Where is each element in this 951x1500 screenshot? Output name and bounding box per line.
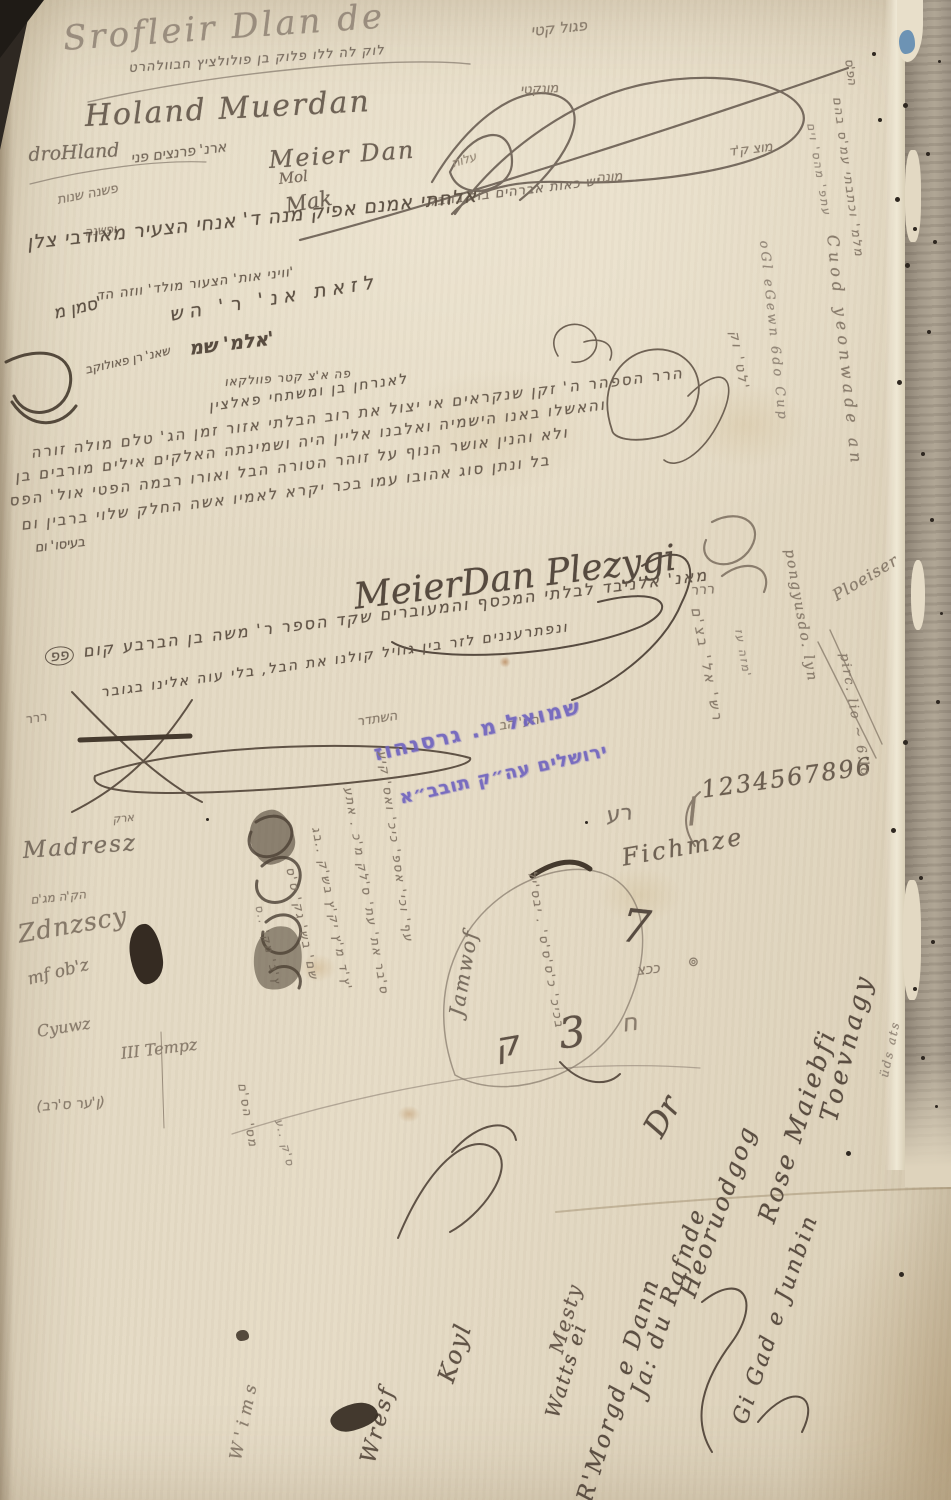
ink-layer: Srofleir Dlan deלוק לה ללו פלוק בן פולול…	[0, 0, 951, 1500]
inscription: ררר	[24, 711, 48, 727]
holand-muerdan-signature: Holand Muerdan	[84, 87, 371, 132]
ink-blot	[126, 922, 166, 986]
inscription: רש' אל' בצ'ם	[688, 606, 724, 724]
inscription: פשנה שנות	[56, 182, 119, 207]
meier-dan-signature: Meier Dan	[268, 138, 416, 172]
wormhole-dot	[936, 700, 940, 704]
wormhole-dot	[846, 1151, 851, 1156]
wormhole-dot	[930, 518, 934, 522]
manuscript-scan: Srofleir Dlan deלוק לה ללו פלוק בן פולול…	[0, 0, 951, 1500]
inscription: oGl eGewn 6do Cup	[757, 240, 789, 422]
wormhole-dot	[895, 197, 900, 202]
blue-fleck	[899, 30, 915, 54]
wormhole-dot	[913, 987, 917, 991]
wormhole-dot	[903, 740, 908, 745]
wormhole-dot	[897, 380, 902, 385]
inscription: Dr	[638, 1091, 686, 1142]
inscription: רע	[604, 802, 633, 827]
inscription: 3	[556, 1010, 588, 1055]
madresz-signature: Madresz	[22, 832, 138, 863]
inscription: ס'ק ..ע	[273, 1118, 296, 1169]
wormhole-dot	[913, 227, 917, 231]
inscription: ח	[620, 1010, 639, 1036]
wormhole-dot	[921, 1056, 925, 1060]
ploeiser-signature: Ploeiser	[830, 552, 901, 604]
inscription: W'ims	[228, 1377, 262, 1461]
inscription: ארק	[112, 812, 134, 825]
inscription: mf ob'z	[26, 957, 91, 989]
inscription: ק	[492, 1026, 522, 1064]
inscription: מזה עז'	[733, 628, 752, 679]
inscription: ⊚	[688, 956, 699, 969]
wormhole-dot	[899, 1272, 904, 1277]
wormhole-dot	[940, 612, 943, 615]
inscription: הק'ה מג'ם	[30, 888, 87, 906]
wormhole-dot	[206, 818, 209, 821]
wormhole-dot	[931, 940, 935, 944]
inscription: פגול קטי	[530, 18, 588, 39]
inscription: ככצ	[636, 962, 660, 978]
vertical-signature: Gi Gad e Junbin	[730, 1211, 823, 1427]
inscription: מונקטי	[520, 82, 559, 97]
wormhole-dot	[872, 52, 876, 56]
wormhole-dot	[933, 240, 937, 244]
inscription: עלות	[450, 150, 478, 169]
inscription: מונה	[596, 170, 623, 185]
number-sequence: 1234567896	[700, 754, 874, 802]
inscription: סמן מ'	[52, 295, 103, 323]
inscription: אלמ' שמ'	[188, 330, 275, 359]
inscription: עף' וכי' אספ' כיכ' ואס' קיע	[376, 750, 415, 943]
wormhole-dot	[585, 821, 588, 824]
inscription: בעיסו' ום	[34, 536, 86, 555]
inscription: בכיכ' כ'ס'ס'ס' . יבס'יל	[526, 870, 566, 1030]
inscription: השתדר	[356, 710, 398, 729]
ink-blot	[236, 1330, 249, 1341]
wormhole-dot	[919, 876, 923, 880]
inscription: שאנ' רן פאולוקב	[84, 345, 171, 376]
vertical-signature: Rose Maiebfi	[754, 1026, 840, 1226]
inscription: üds ats	[878, 1020, 902, 1079]
inscription: Koyl	[434, 1320, 476, 1385]
inscription: מוצ ק'ד	[728, 141, 773, 159]
inscription: 7	[619, 902, 653, 951]
inscription: עתפ' מהס' וים	[805, 122, 832, 217]
wormhole-dot	[935, 1105, 938, 1108]
fichmze-signature: Fichmze	[620, 824, 746, 869]
inscription: droHland	[28, 141, 120, 165]
wormhole-dot	[878, 118, 882, 122]
wormhole-dot	[938, 60, 941, 63]
inscription: (ן'ער ס'רב)	[36, 1095, 105, 1114]
inscription: ן	[684, 785, 698, 824]
inscription: הפ'ס	[843, 58, 859, 86]
wormhole-dot	[905, 263, 910, 268]
inscription: לט' וק'	[727, 330, 750, 392]
inscription: Jamwof	[446, 928, 481, 1018]
inscription: III Tempz	[120, 1037, 198, 1062]
inscription: Mol	[278, 169, 309, 187]
scribble-blob	[245, 806, 299, 868]
wormhole-dot	[921, 452, 925, 456]
wormhole-dot	[891, 828, 896, 833]
inscription: Zdnzscy	[16, 903, 129, 947]
circled-mark: פפ	[44, 645, 75, 667]
vertical-signature: Cuod yeonwade an	[824, 234, 864, 468]
inscription: ארנ' פרנצים פני	[130, 140, 227, 166]
inscription: pongyusdo. lyn	[782, 548, 819, 683]
wormhole-dot	[927, 330, 931, 334]
wormhole-dot	[903, 103, 908, 108]
inscription: Cyuwz	[36, 1016, 92, 1040]
inscription: מס' הס'ם	[236, 1082, 259, 1149]
wormhole-dot	[926, 152, 930, 156]
